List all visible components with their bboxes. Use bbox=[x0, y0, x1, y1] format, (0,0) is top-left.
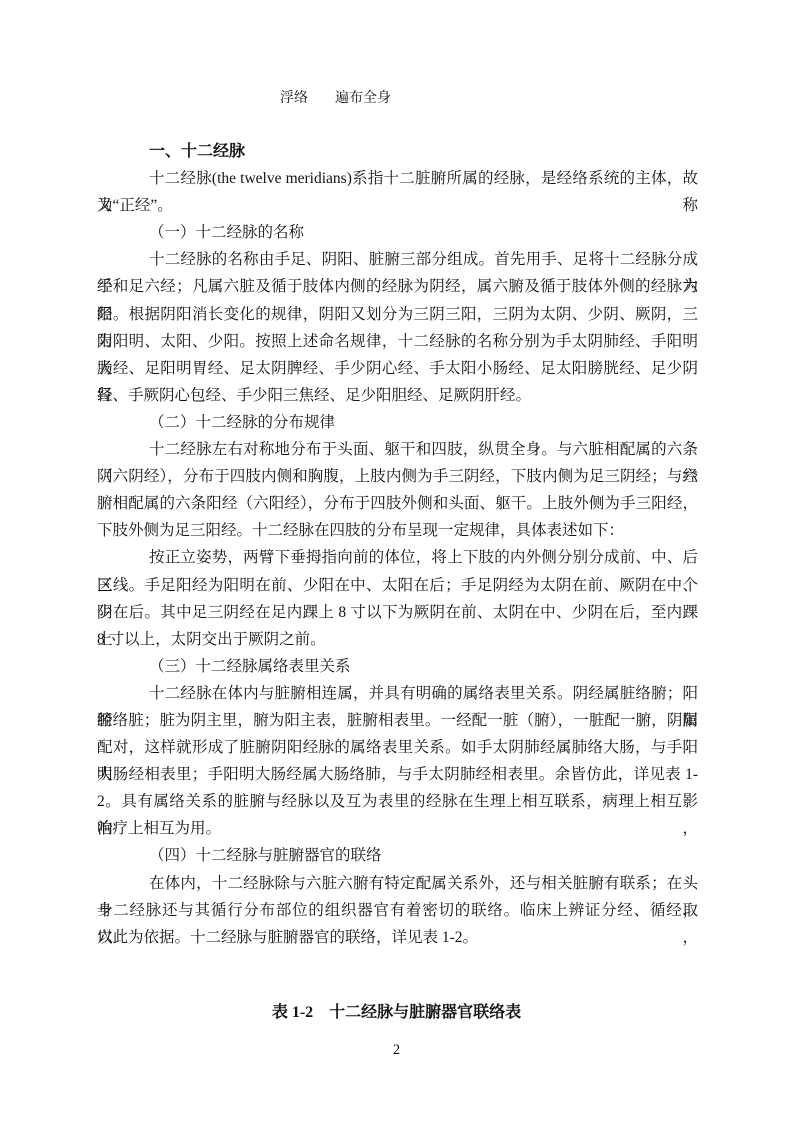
text-flow: 一、十二经脉十二经脉(the twelve meridians)系指十二脏腑所属… bbox=[97, 138, 698, 951]
diagram-label-fuluo: 浮络 bbox=[280, 91, 308, 107]
text-line: 十二经脉在体内与脏腑相连属，并具有明确的属络表里关系。阴经属脏络腑；阳经属 bbox=[97, 680, 698, 707]
text-line: 配对，这样就形成了脏腑阴阳经脉的属络表里关系。如手太阴肺经属肺络大肠，与手阳明 bbox=[97, 734, 698, 761]
subsection-heading: （三）十二经脉属络表里关系 bbox=[97, 653, 698, 680]
text-line: 大肠经相表里；手阳明大肠经属大肠络肺，与手太阴肺经相表里。余皆仿此，详见表 1- bbox=[97, 761, 698, 788]
subsection-heading: （二）十二经脉的分布规律 bbox=[97, 409, 698, 436]
text-line: 8 寸以上，太阴交出于厥阴之前。 bbox=[97, 626, 698, 653]
subsection-heading: （四）十二经脉与脏腑器官的联络 bbox=[97, 842, 698, 869]
section-heading: 一、十二经脉 bbox=[97, 138, 698, 165]
text-line: 区线。手足阳经为阳明在前、少阳在中、太阳在后；手足阴经为太阴在前、厥阴在中、少 bbox=[97, 572, 698, 599]
diagram-fragment: 浮络 遍布全身 bbox=[280, 91, 391, 107]
text-line: 腑相配属的六条阳经（六阳经），分布于四肢外侧和头面、躯干。上肢外侧为手三阳经， bbox=[97, 490, 698, 517]
text-line: 十二经脉的名称由手足、阴阳、脏腑三部分组成。首先用手、足将十二经脉分成手六 bbox=[97, 246, 698, 273]
diagram-label-bianbu-quanshen: 遍布全身 bbox=[335, 91, 391, 107]
text-line: 经。根据阴阳消长变化的规律，阴阳又划分为三阴三阳，三阴为太阴、少阴、厥阴，三阳 bbox=[97, 301, 698, 328]
text-line: 十二经脉还与其循行分布部位的组织器官有着密切的联络。临床上辨证分经、循经取穴， bbox=[97, 897, 698, 924]
text-line: 在体内，十二经脉除与六脏六腑有特定配属关系外，还与相关脏腑有联系；在头身， bbox=[97, 870, 698, 897]
page-number: 2 bbox=[0, 1041, 793, 1059]
subsection-heading: （一）十二经脉的名称 bbox=[97, 219, 698, 246]
text-line: 十二经脉(the twelve meridians)系指十二脏腑所属的经脉，是经… bbox=[97, 165, 698, 192]
text-line: 阴在后。其中足三阴经在足内踝上 8 寸以下为厥阴在前、太阴在中、少阴在后，至内踝… bbox=[97, 599, 698, 626]
table-caption: 表 1-2 十二经脉与脏腑器官联络表 bbox=[0, 1003, 793, 1023]
text-line: 十二经脉左右对称地分布于头面、躯干和四肢，纵贯全身。与六脏相配属的六条阴经 bbox=[97, 436, 698, 463]
text-line: 下肢外侧为足三阳经。十二经脉在四肢的分布呈现一定规律，具体表述如下： bbox=[97, 517, 698, 544]
text-line: 肠经、足阳明胃经、足太阴脾经、手少阴心经、手太阳小肠经、足太阳膀胱经、足少阴肾 bbox=[97, 355, 698, 382]
document-page: 浮络 遍布全身 一、十二经脉十二经脉(the twelve meridians)… bbox=[0, 0, 793, 1122]
text-line: 经、手厥阴心包经、手少阳三焦经、足少阳胆经、足厥阴肝经。 bbox=[97, 382, 698, 409]
text-line: （六阴经），分布于四肢内侧和胸腹，上肢内侧为手三阴经，下肢内侧为足三阴经；与六 bbox=[97, 463, 698, 490]
text-line: 按正立姿势，两臂下垂拇指向前的体位，将上下肢的内外侧分别分成前、中、后三个 bbox=[97, 544, 698, 571]
text-line: 2。具有属络关系的脏腑与经脉以及互为表里的经脉在生理上相互联系，病理上相互影响， bbox=[97, 788, 698, 815]
text-line: 腑络脏；脏为阴主里，腑为阳主表，脏腑相表里。一经配一脏（腑），一脏配一腑，阴阳 bbox=[97, 707, 698, 734]
text-line: 经和足六经；凡属六脏及循于肢体内侧的经脉为阴经，属六腑及循于肢体外侧的经脉为阳 bbox=[97, 273, 698, 300]
text-line: 为阳明、太阳、少阳。按照上述命名规律，十二经脉的名称分别为手太阴肺经、手阳明大 bbox=[97, 328, 698, 355]
